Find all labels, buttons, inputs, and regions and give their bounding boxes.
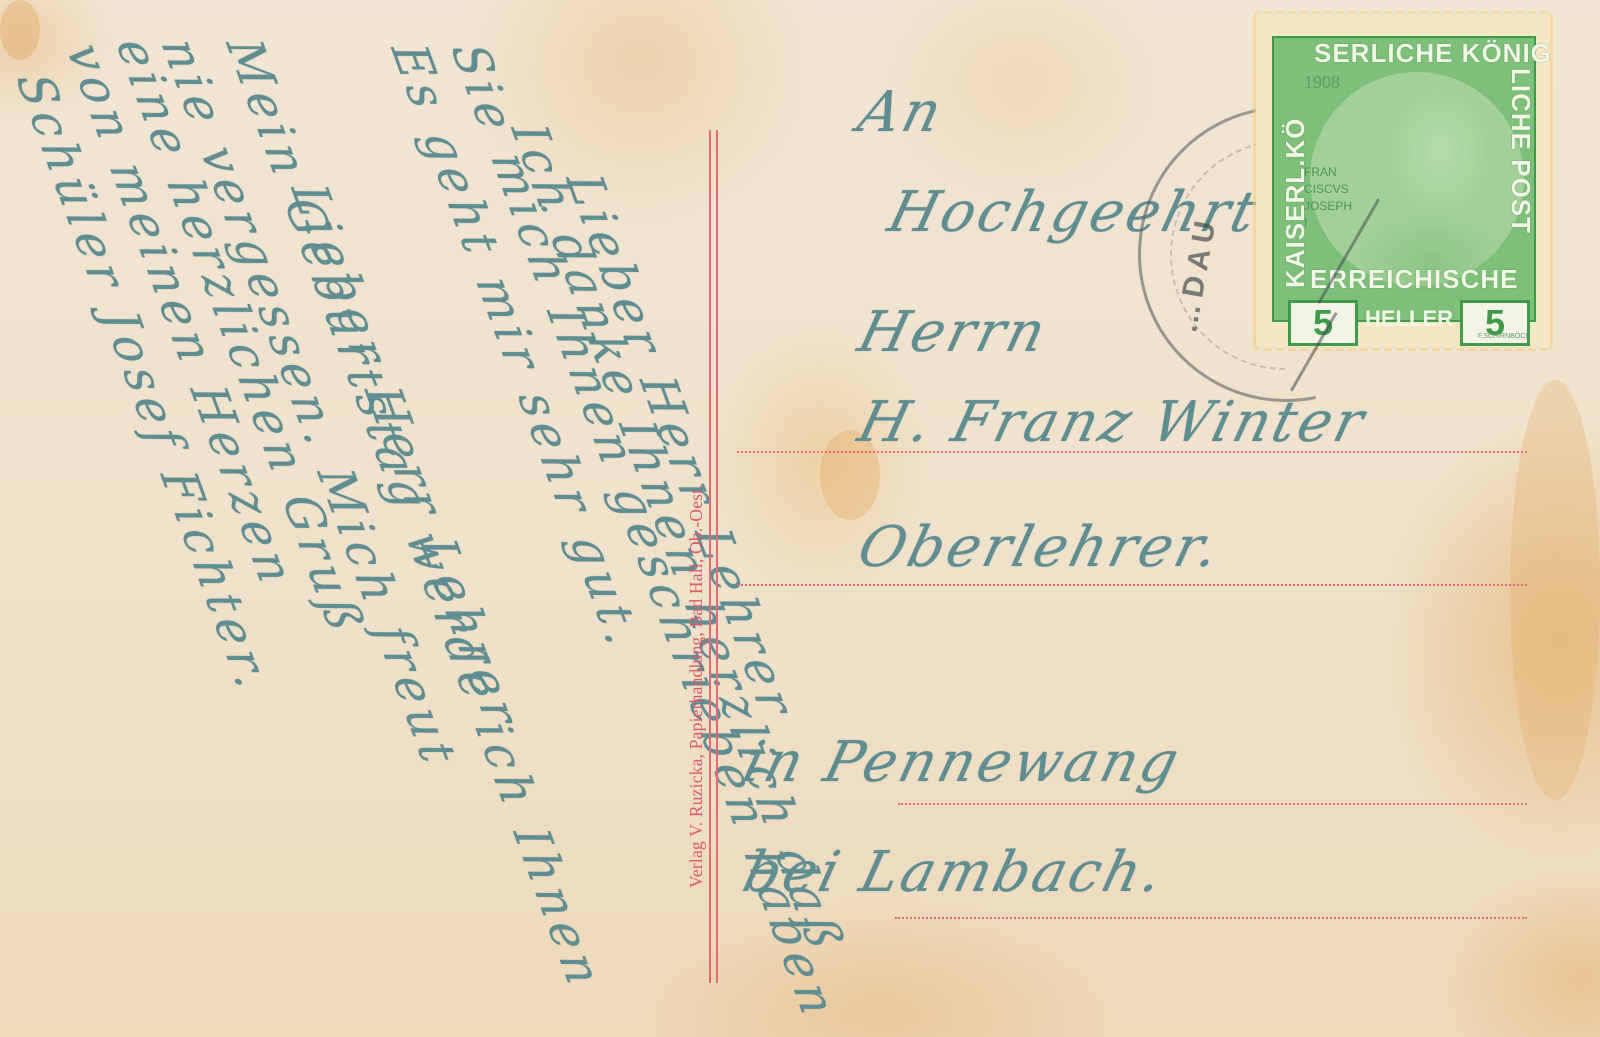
portrait-name-line: JOSEPH bbox=[1304, 198, 1364, 215]
stamp-value-left: 5 bbox=[1288, 300, 1358, 346]
stamp-unit: HELLER bbox=[1360, 306, 1458, 332]
postage-stamp: 1908 FRAN CISCVS JOSEPH I SERLICHE KÖNIG… bbox=[1256, 14, 1550, 348]
paper-stain bbox=[1510, 380, 1600, 800]
stamp-legend-bottom: ERREICHISCHE bbox=[1310, 264, 1518, 295]
portrait-name-line: I bbox=[1304, 215, 1364, 232]
address-line bbox=[737, 584, 1527, 586]
stamp-legend-top: SERLICHE KÖNIG bbox=[1314, 38, 1552, 69]
stamp-year: 1908 bbox=[1304, 72, 1340, 93]
address-line-6: in Pennewang bbox=[737, 730, 1188, 795]
postcard: Lieber Herr Lehrer Ich danke Ihnen herzl… bbox=[0, 0, 1600, 1037]
stamp-printer-mark: F.SCHIRNBÖCK bbox=[1478, 333, 1530, 340]
address-line bbox=[898, 803, 1527, 805]
divider-line bbox=[709, 130, 711, 983]
stamp-perforation bbox=[1256, 10, 1550, 18]
stamp-legend-right: LICHE POST bbox=[1505, 68, 1536, 234]
portrait-name-line: FRAN bbox=[1304, 164, 1364, 181]
stamp-legend-left: KAISERL.KÖ bbox=[1280, 118, 1311, 288]
publisher-imprint: Verlag V. Ruzicka, Papierhandlung, Bad H… bbox=[686, 484, 707, 888]
address-line-1: An bbox=[852, 80, 951, 145]
message-area: Lieber Herr Lehrer Ich danke Ihnen herzl… bbox=[10, 0, 650, 1037]
stamp-face: 1908 FRAN CISCVS JOSEPH I SERLICHE KÖNIG… bbox=[1272, 36, 1536, 322]
address-line-7: bei Lambach. bbox=[737, 840, 1172, 905]
address-line-5: Oberlehrer. bbox=[852, 515, 1228, 580]
stamp-portrait-name: FRAN CISCVS JOSEPH I bbox=[1304, 164, 1364, 232]
address-line-3: Herrn bbox=[852, 300, 1055, 365]
divider-line bbox=[716, 130, 718, 983]
portrait-name-line: CISCVS bbox=[1304, 181, 1364, 198]
address-line bbox=[895, 917, 1527, 919]
